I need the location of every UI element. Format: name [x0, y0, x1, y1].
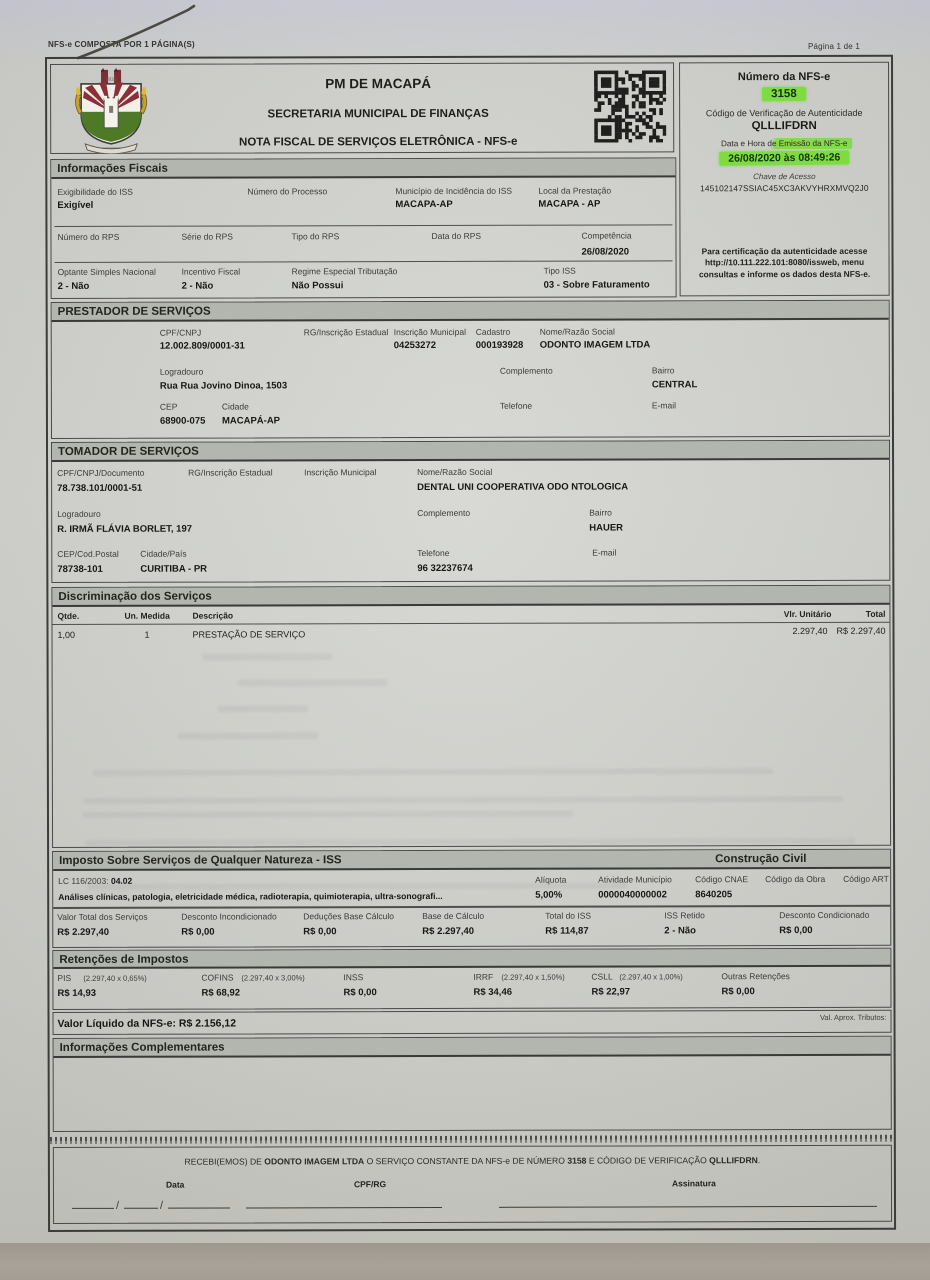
simples-label: Optante Simples Nacional — [58, 267, 156, 277]
section-iss: Imposto Sobre Serviços de Qualquer Natur… — [52, 849, 891, 948]
cofins-formula: (2.297,40 x 3,00%) — [241, 973, 304, 982]
tomador-im-label: Inscrição Municipal — [304, 467, 376, 477]
verification-code: QLLLIFDRN — [680, 120, 888, 133]
prestador-logradouro-label: Logradouro — [160, 367, 204, 377]
val-aprox-tributos-label: Val. Aprox. Tributos: — [820, 1013, 887, 1022]
iss-title-text: Imposto Sobre Serviços de Qualquer Natur… — [59, 854, 341, 867]
prestador-cnpj-value: 12.002.809/0001-31 — [160, 340, 245, 351]
pis-formula: (2.297,40 x 0,65%) — [83, 974, 146, 983]
pis-value: R$ 14,93 — [57, 988, 96, 999]
prestador-im-value: 04253272 — [394, 340, 436, 351]
pis-label: PIS — [57, 973, 71, 983]
prestador-bairro-label: Bairro — [652, 365, 675, 375]
col-unitario: Vlr. Unitário — [784, 609, 832, 619]
header-titles: PM DE MACAPÁ SECRETARIA MUNICIPAL DE FIN… — [163, 64, 593, 155]
receipt-statement: RECEBI(EMOS) DE ODONTO IMAGEM LTDA O SER… — [54, 1146, 891, 1167]
csll-value: R$ 22,97 — [591, 986, 630, 997]
competencia-label: Competência — [581, 230, 631, 240]
verification-code-label: Código de Verificação de Autenticidade — [680, 108, 888, 119]
service-unidade: 1 — [144, 630, 149, 640]
prestador-cadastro-label: Cadastro — [476, 327, 511, 337]
tipo-iss-value: 03 - Sobre Faturamento — [544, 279, 650, 290]
csll-formula: (2.297,40 x 1,00%) — [619, 972, 682, 981]
competencia-value: 26/08/2020 — [581, 246, 629, 257]
art-label: Código ART — [843, 874, 889, 884]
atividade-value: 0000040000002 — [598, 889, 667, 900]
tipo-iss-label: Tipo ISS — [544, 266, 576, 276]
page-number: Página 1 de 1 — [808, 42, 860, 51]
incentivo-value: 2 - Não — [182, 281, 214, 292]
prestador-cidade-value: MACAPÁ-AP — [222, 415, 280, 426]
tomador-logradouro-label: Logradouro — [57, 509, 101, 519]
section-title-tomador: TOMADOR DE SERVIÇOS — [52, 441, 889, 462]
prestador-cep-label: CEP — [160, 402, 178, 412]
qr-code — [594, 70, 666, 142]
section-complementares: Informações Complementares — [53, 1036, 892, 1132]
col-descricao: Descrição — [192, 611, 233, 621]
local-prestacao-label: Local da Prestação — [538, 186, 611, 196]
tomador-rg-label: RG/Inscrição Estadual — [188, 467, 273, 477]
tomador-cep-value: 78738-101 — [57, 564, 102, 575]
tomador-cidade-value: CURITIBA - PR — [140, 564, 207, 575]
exigibilidade-label: Exigibilidade do ISS — [57, 187, 133, 197]
tomador-complemento-label: Complemento — [417, 508, 470, 518]
prestador-cep-value: 68900-075 — [160, 416, 205, 427]
rps-serie-label: Série do RPS — [181, 232, 233, 242]
base-calculo-label: Base de Cálculo — [422, 911, 484, 921]
photo-background-edge — [0, 1243, 930, 1280]
receipt-stub: RECEBI(EMOS) DE ODONTO IMAGEM LTDA O SER… — [53, 1145, 892, 1224]
irrf-formula: (2.297,40 x 1,50%) — [501, 973, 564, 982]
prestador-complemento-label: Complemento — [500, 366, 553, 376]
base-calculo-value: R$ 2.297,40 — [422, 926, 474, 937]
local-prestacao-value: MACAPA - AP — [538, 199, 600, 210]
inss-label: INSS — [343, 972, 363, 982]
prestador-email-label: E-mail — [652, 400, 676, 410]
tomador-bairro-value: HAUER — [589, 522, 623, 533]
tomador-telefone-value: 96 32237674 — [417, 563, 473, 574]
prestador-nome-label: Nome/Razão Social — [540, 327, 615, 337]
aliquota-label: Alíquota — [535, 875, 566, 885]
signature-line — [499, 1206, 877, 1208]
simples-value: 2 - Não — [58, 281, 90, 292]
prestador-im-label: Inscrição Municipal — [394, 327, 466, 337]
cnae-label: Código CNAE — [695, 874, 748, 884]
date-line — [72, 1208, 114, 1209]
authenticity-panel: Número da NFS-e 3158 Código de Verificaç… — [679, 62, 890, 297]
logo-year: 1936 — [105, 77, 116, 83]
deducoes-label: Deduções Base Cálculo — [303, 911, 394, 921]
section-retencoes: Retenções de Impostos PIS (2.297,40 x 0,… — [52, 948, 891, 1010]
receipt-code: QLLLIFDRN — [709, 1155, 758, 1165]
municipio-incidencia-label: Município de Incidência do ISS — [395, 186, 512, 196]
prestador-rg-label: RG/Inscrição Estadual — [304, 327, 389, 337]
col-qtde: Qtde. — [57, 611, 79, 621]
nfse-number: 3158 — [762, 87, 806, 101]
service-total: R$ 2.297,40 — [836, 626, 885, 636]
outras-retencoes-value: R$ 0,00 — [721, 986, 754, 997]
cpf-line — [246, 1207, 442, 1209]
section-title-prestador: PRESTADOR DE SERVIÇOS — [52, 301, 889, 322]
construcao-civil-title: Construção Civil — [715, 853, 806, 865]
outras-retencoes-label: Outras Retenções — [721, 971, 790, 981]
prestador-cnpj-label: CPF/CNPJ — [160, 328, 202, 338]
service-descricao: PRESTAÇÃO DE SERVIÇO — [192, 629, 305, 639]
receipt-company: ODONTO IMAGEM LTDA — [264, 1156, 364, 1166]
section-title-iss: Imposto Sobre Serviços de Qualquer Natur… — [53, 850, 890, 871]
desc-incond-label: Desconto Incondicionado — [181, 911, 276, 921]
section-informacoes-fiscais: Informações Fiscais Exigibilidade do ISS… — [50, 157, 676, 299]
emission-datetime: 26/08/2020 às 08:49:26 — [719, 150, 849, 165]
tomador-nome-value: DENTAL UNI COOPERATIVA ODO NTOLOGICA — [417, 481, 628, 493]
lc-label: LC 116/2003: 04.02 — [58, 876, 132, 886]
prestador-cidade-label: Cidade — [222, 401, 249, 411]
section-title-fiscais: Informações Fiscais — [51, 158, 675, 179]
scanned-invoice-photo: { "page": { "header_note": "NFS-e COMPOS… — [0, 0, 930, 1280]
total-iss-value: R$ 114,87 — [545, 926, 588, 937]
service-qtde: 1,00 — [58, 630, 76, 640]
nfse-document: ▪▪▪▪▪▪▪▪▪▪ 1936 PM DE MACAPÁ SECRETARIA … — [45, 55, 896, 1232]
cofins-value: R$ 68,92 — [201, 987, 240, 998]
svg-text:▪▪▪▪▪▪▪▪▪▪: ▪▪▪▪▪▪▪▪▪▪ — [101, 145, 121, 150]
section-title-retencoes: Retenções de Impostos — [53, 949, 890, 969]
section-servicos: Discriminação dos Serviços Qtde. Un. Med… — [51, 585, 891, 848]
atividade-descricao: Análises clínicas, patologia, eletricida… — [58, 891, 442, 902]
rps-tipo-label: Tipo do RPS — [291, 231, 339, 241]
service-unitario: 2.297,40 — [792, 626, 827, 636]
prestador-cadastro-value: 000193928 — [476, 340, 524, 351]
receipt-cpf-label: CPF/RG — [354, 1179, 386, 1189]
doc-title: NOTA FISCAL DE SERVIÇOS ELETRÔNICA - NFS… — [163, 120, 593, 149]
section-title-servicos: Discriminação dos Serviços — [52, 586, 889, 607]
municipio-incidencia-value: MACAPA-AP — [395, 199, 452, 210]
rps-data-label: Data do RPS — [431, 231, 481, 241]
col-total: Total — [866, 609, 886, 619]
csll-label: CSLL — [591, 972, 612, 982]
regime-label: Regime Especial Tributação — [292, 266, 398, 276]
tomador-email-label: E-mail — [592, 548, 616, 558]
tomador-logradouro-value: R. IRMÃ FLÁVIA BORLET, 197 — [57, 524, 192, 535]
dept-title: SECRETARIA MUNICIPAL DE FINANÇAS — [163, 91, 593, 121]
prestador-nome-value: ODONTO IMAGEM LTDA — [540, 339, 651, 350]
org-title: PM DE MACAPÁ — [163, 64, 593, 92]
cnae-value: 8640205 — [695, 889, 732, 900]
valor-liquido-value: Valor Líquido da NFS-e: R$ 2.156,12 — [58, 1018, 237, 1030]
section-tomador: TOMADOR DE SERVIÇOS CPF/CNPJ/Documento 7… — [51, 440, 890, 583]
cofins-label: COFINS — [201, 973, 233, 983]
exigibilidade-value: Exigível — [57, 200, 93, 211]
obra-label: Código da Obra — [765, 874, 825, 884]
emission-label: Data e Hora de Emissão da NFS-e — [716, 138, 853, 149]
prestador-telefone-label: Telefone — [500, 401, 532, 411]
certification-note: Para certificação da autenticidade acess… — [686, 246, 882, 281]
desc-incond-value: R$ 0,00 — [181, 927, 214, 938]
rps-numero-label: Número do RPS — [57, 232, 119, 242]
processo-label: Número do Processo — [247, 186, 327, 196]
tomador-doc-value: 78.738.101/0001-51 — [57, 483, 142, 494]
aliquota-value: 5,00% — [535, 890, 562, 901]
inss-value: R$ 0,00 — [343, 987, 376, 998]
tomador-nome-label: Nome/Razão Social — [417, 467, 492, 477]
tomador-cidade-label: Cidade/País — [140, 549, 186, 559]
receipt-data-label: Data — [166, 1180, 184, 1190]
iss-retido-value: 2 - Não — [664, 925, 696, 936]
irrf-value: R$ 34,46 — [473, 987, 512, 998]
irrf-label: IRRF — [473, 972, 493, 982]
tomador-telefone-label: Telefone — [417, 548, 449, 558]
valor-total-value: R$ 2.297,40 — [57, 927, 109, 938]
access-key-label: Chave de Acesso — [680, 172, 888, 182]
deducoes-value: R$ 0,00 — [303, 926, 336, 937]
valor-liquido-strip: Valor Líquido da NFS-e: R$ 2.156,12 Val.… — [53, 1010, 892, 1035]
desc-cond-label: Desconto Condicionado — [779, 910, 869, 920]
tomador-cep-label: CEP/Cod.Postal — [57, 549, 118, 559]
document-header: ▪▪▪▪▪▪▪▪▪▪ 1936 PM DE MACAPÁ SECRETARIA … — [50, 62, 674, 154]
receipt-assinatura-label: Assinatura — [672, 1178, 716, 1188]
section-prestador: PRESTADOR DE SERVIÇOS CPF/CNPJ 12.002.80… — [51, 300, 890, 439]
tomador-bairro-label: Bairro — [589, 508, 612, 518]
valor-total-label: Valor Total dos Serviços — [57, 912, 147, 922]
prestador-bairro-value: CENTRAL — [652, 379, 697, 390]
receipt-number: 3158 — [567, 1156, 586, 1166]
desc-cond-value: R$ 0,00 — [779, 925, 812, 936]
nfse-number-label: Número da NFS-e — [680, 63, 888, 84]
lc-value: 04.02 — [111, 876, 132, 886]
incentivo-label: Incentivo Fiscal — [182, 266, 241, 276]
section-title-complementares: Informações Complementares — [54, 1037, 891, 1058]
iss-retido-label: ISS Retido — [664, 910, 705, 920]
tomador-doc-label: CPF/CNPJ/Documento — [57, 468, 144, 478]
col-unidade: Un. Medida — [124, 611, 169, 621]
regime-value: Não Possui — [292, 280, 344, 291]
total-iss-label: Total do ISS — [545, 911, 591, 921]
macapa-coat-of-arms-icon: ▪▪▪▪▪▪▪▪▪▪ 1936 — [65, 66, 157, 154]
access-key: 145102147SSIAC45XC3AKVYHRXMVQ2J0 — [680, 183, 888, 194]
atividade-label: Atividade Município — [598, 874, 672, 884]
prestador-logradouro-value: Rua Rua Jovino Dinoa, 1503 — [160, 380, 287, 391]
